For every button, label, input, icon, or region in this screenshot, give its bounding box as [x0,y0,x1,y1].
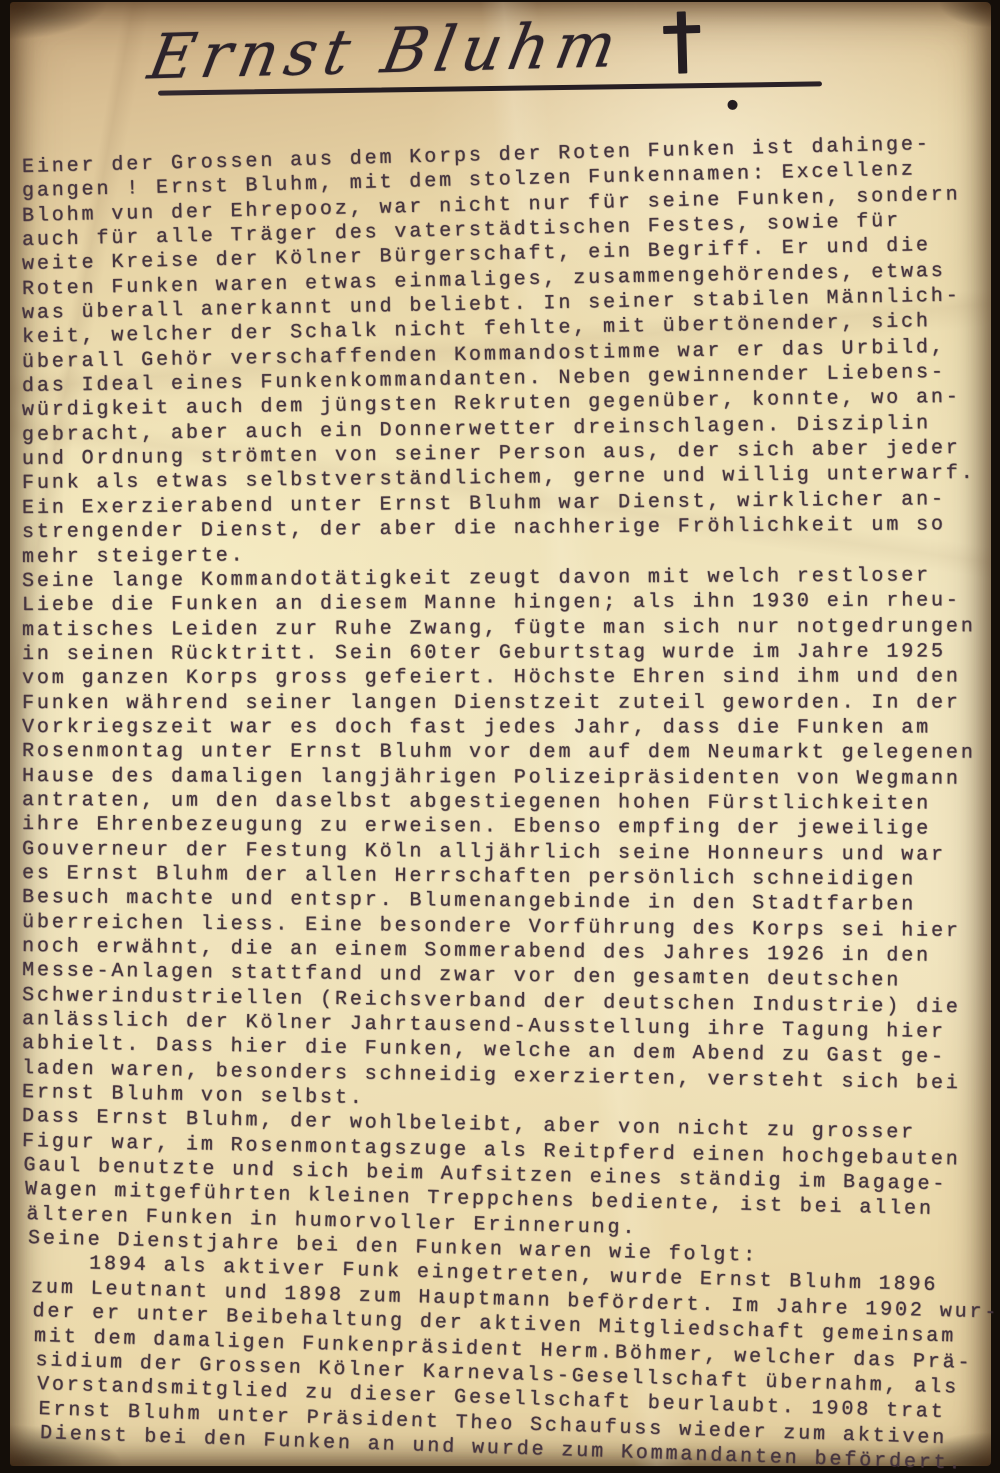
text-line: Funken während seiner langen Dienstzeit … [22,691,997,716]
text-line: Rosenmontag unter Ernst Bluhm vor dem au… [22,740,997,766]
text-line: Liebe die Funken an diesem Manne hingen;… [22,589,997,618]
text-line: vom ganzen Korps gross gefeiert. Höchste… [22,666,997,692]
title-period: . [722,58,742,122]
text-line: Hause des damaligen langjährigen Polizei… [22,765,997,792]
text-line: in seinen Rücktritt. Sein 60ter Geburtst… [22,640,997,667]
photographed-document: Ernst Bluhm . Einer der Grossen aus dem … [0,0,1000,1473]
handwritten-title-text: Ernst Bluhm [142,5,629,98]
document-title: Ernst Bluhm . [149,0,872,127]
text-line: matisches Leiden zur Ruhe Zwang, fügte m… [22,615,997,643]
typewritten-text-block: Einer der Grossen aus dem Korps der Rote… [22,156,997,1446]
latin-cross-icon [659,11,705,74]
text-line: Vorkriegszeit war es doch fast jedes Jah… [22,716,997,741]
